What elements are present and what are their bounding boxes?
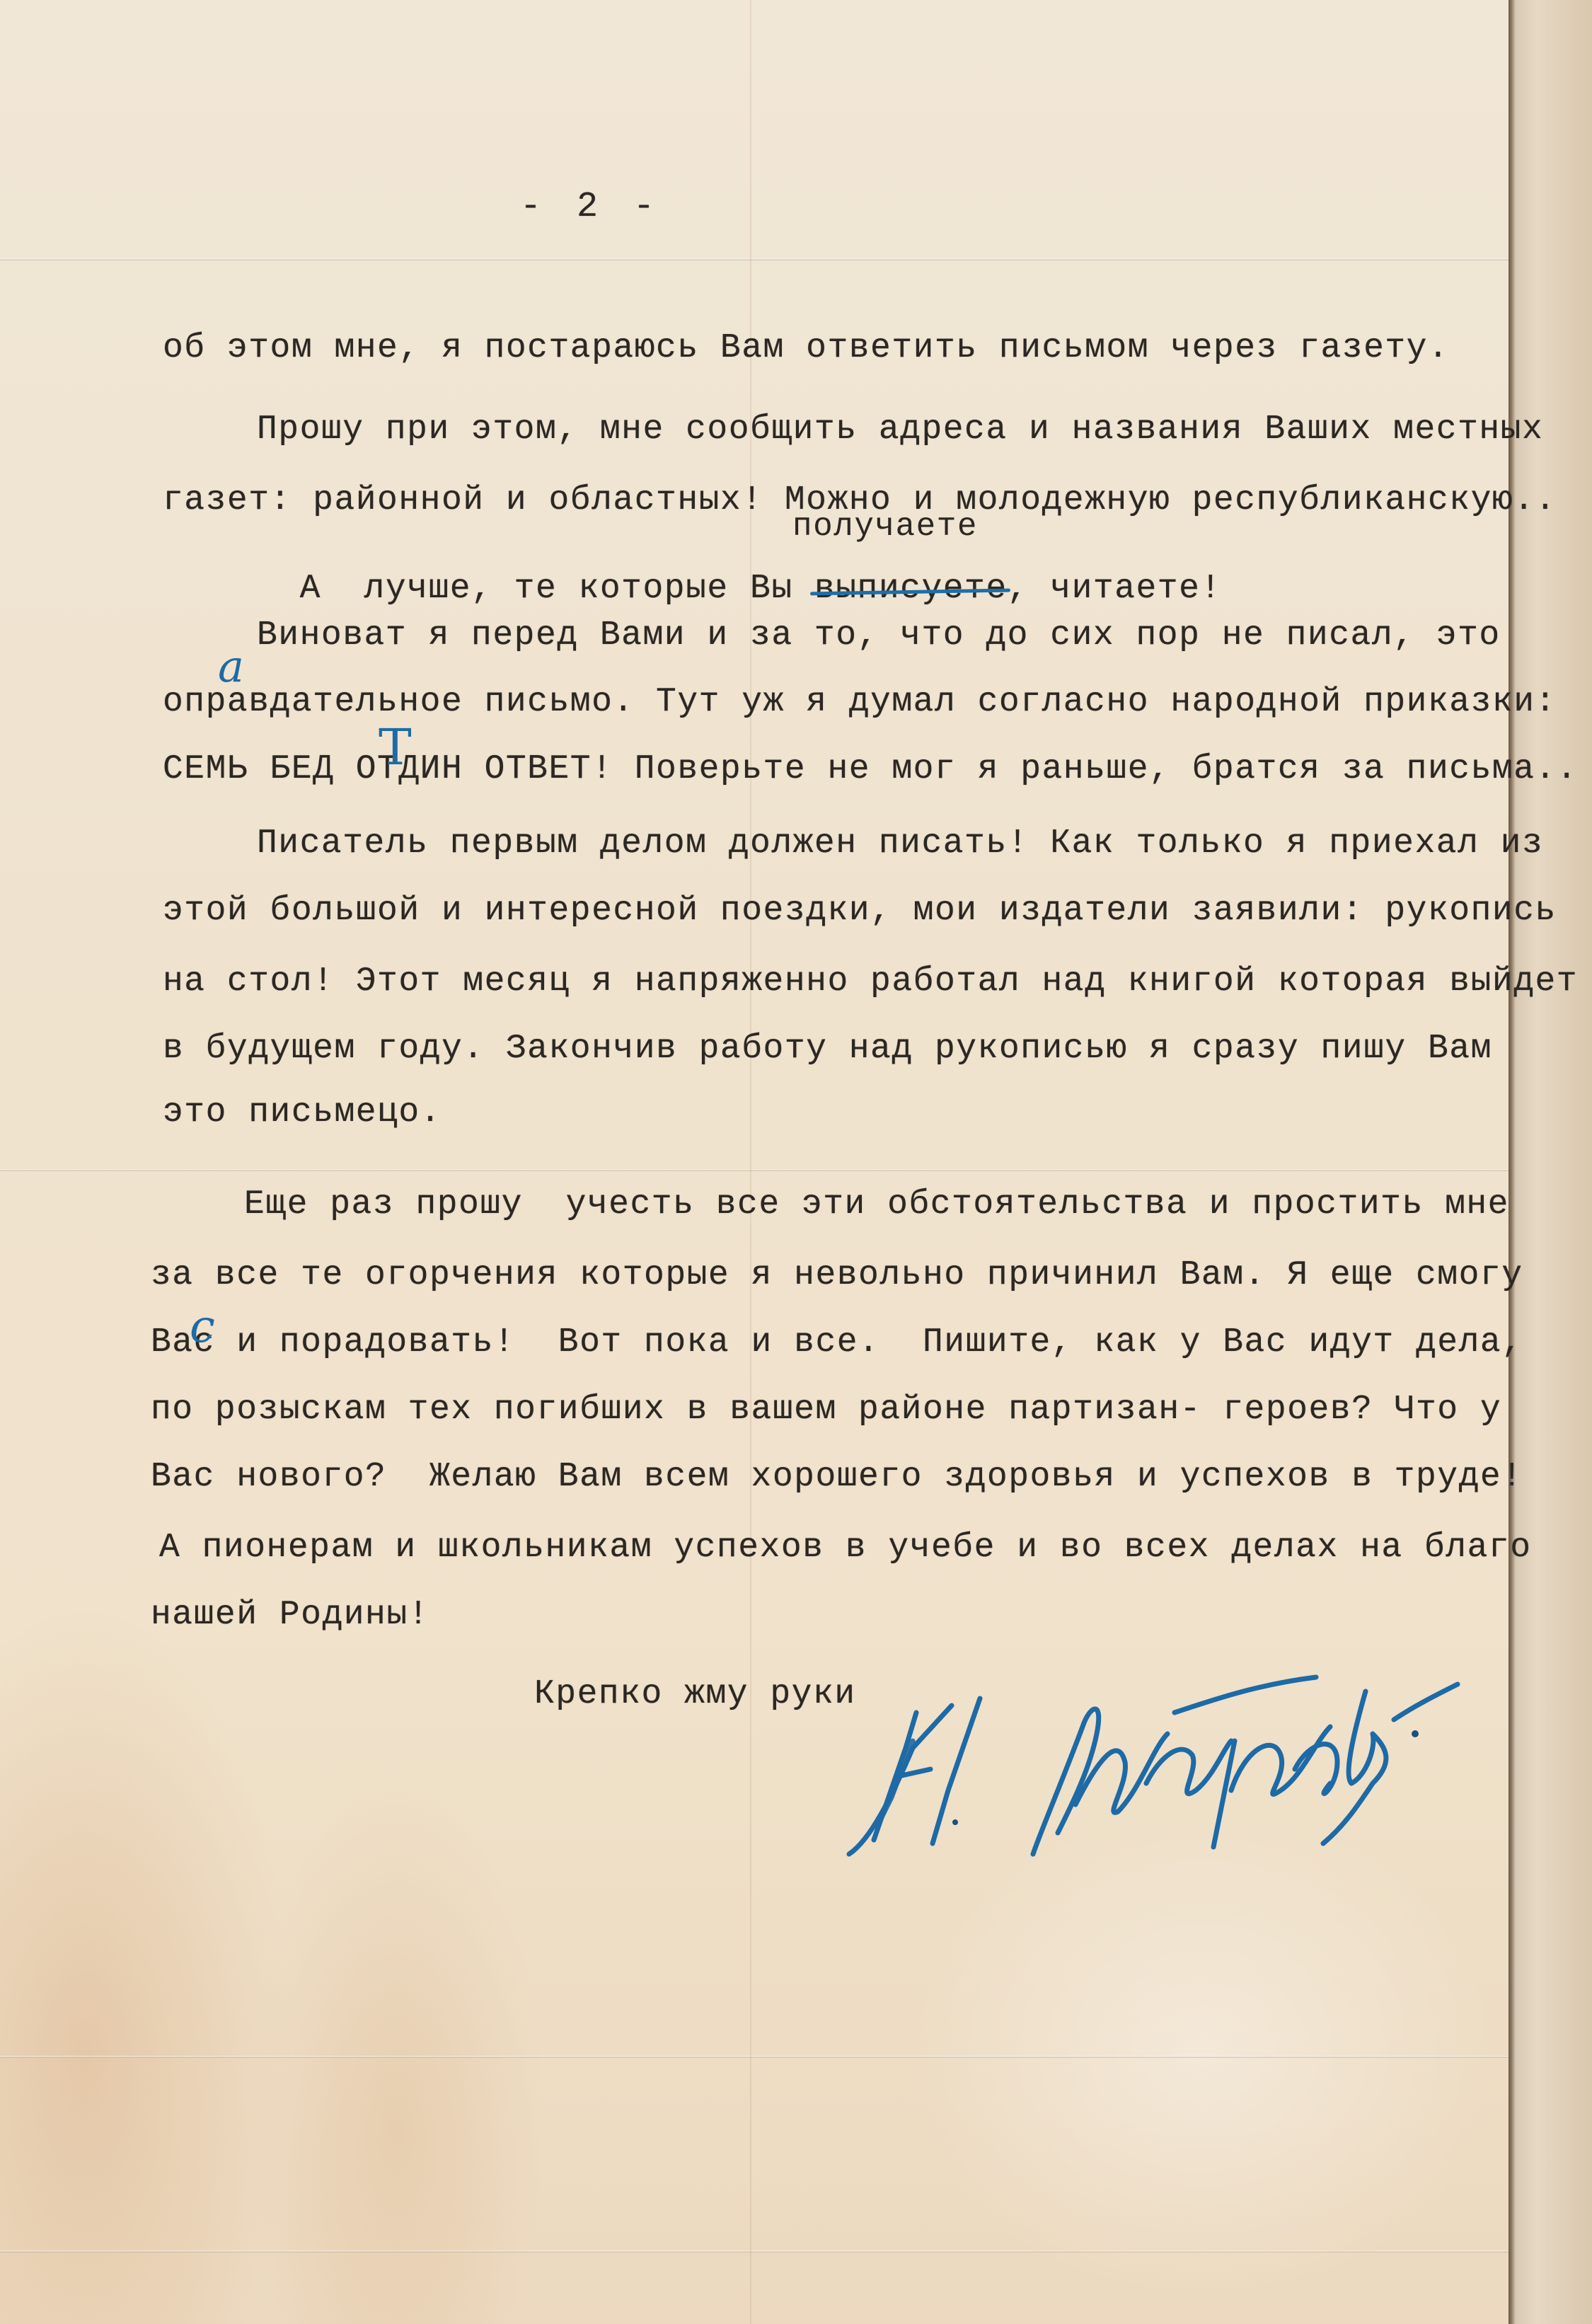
text-line: Вас и порадовать! Вот пока и все. Пишите… — [151, 1325, 1523, 1359]
text-line: Вас нового? Желаю Вам всем хорошего здор… — [151, 1460, 1523, 1494]
text-line-with-correction: А лучше, те которые Вы выписуете, читает… — [257, 538, 1222, 606]
text-line: Писатель первым делом должен писать! Как… — [257, 827, 1543, 861]
text-line: нашей Родины! — [151, 1598, 429, 1632]
text-line: Виноват я перед Вами и за то, что до сих… — [257, 619, 1501, 652]
text-line: это письмецо. — [163, 1095, 442, 1129]
text-line: об этом мне, я постараюсь Вам ответить п… — [163, 331, 1449, 365]
text-line: за все те огорчения которые я невольно п… — [151, 1258, 1523, 1292]
handwritten-correction: с — [190, 1301, 215, 1353]
text-line: А пионерам и школьникам успехов в учебе … — [159, 1531, 1532, 1565]
inserted-word: получаете — [792, 508, 978, 545]
text-line: Еще раз прошу учесть все эти обстоятельс… — [244, 1187, 1509, 1221]
handwritten-correction: Т — [379, 718, 412, 776]
fold-crease — [0, 2056, 1509, 2058]
text-line: в будущем году. Закончив работу над руко… — [163, 1032, 1492, 1066]
text-line-end: , читаете! — [1008, 570, 1222, 608]
page-edge-shadow — [1509, 0, 1592, 2324]
text-line: этой большой и интересной поездки, мои и… — [163, 894, 1557, 928]
text-line: опрaвдательное письмо. Тут уж я думал со… — [163, 685, 1557, 719]
fold-crease — [0, 1169, 1509, 1171]
struck-word: выписуете — [814, 572, 1008, 606]
fold-crease — [0, 258, 1509, 260]
signature — [807, 1663, 1514, 1875]
text-line: СЕМЬ БЕД ОТДИН ОТВЕТ! Поверьте не мог я … — [163, 752, 1578, 786]
fold-crease — [0, 2250, 1509, 2253]
text-line: Прошу при этом, мне сообщить адреса и на… — [257, 413, 1543, 447]
page-number: - 2 - — [520, 190, 662, 225]
text-line-start: А лучше, те которые Вы — [300, 570, 814, 608]
text-line: на стол! Этот месяц я напряженно работал… — [163, 965, 1578, 999]
handwritten-correction: а — [218, 640, 244, 692]
text-line: по розыскам тех погибших в вашем районе … — [151, 1393, 1501, 1427]
